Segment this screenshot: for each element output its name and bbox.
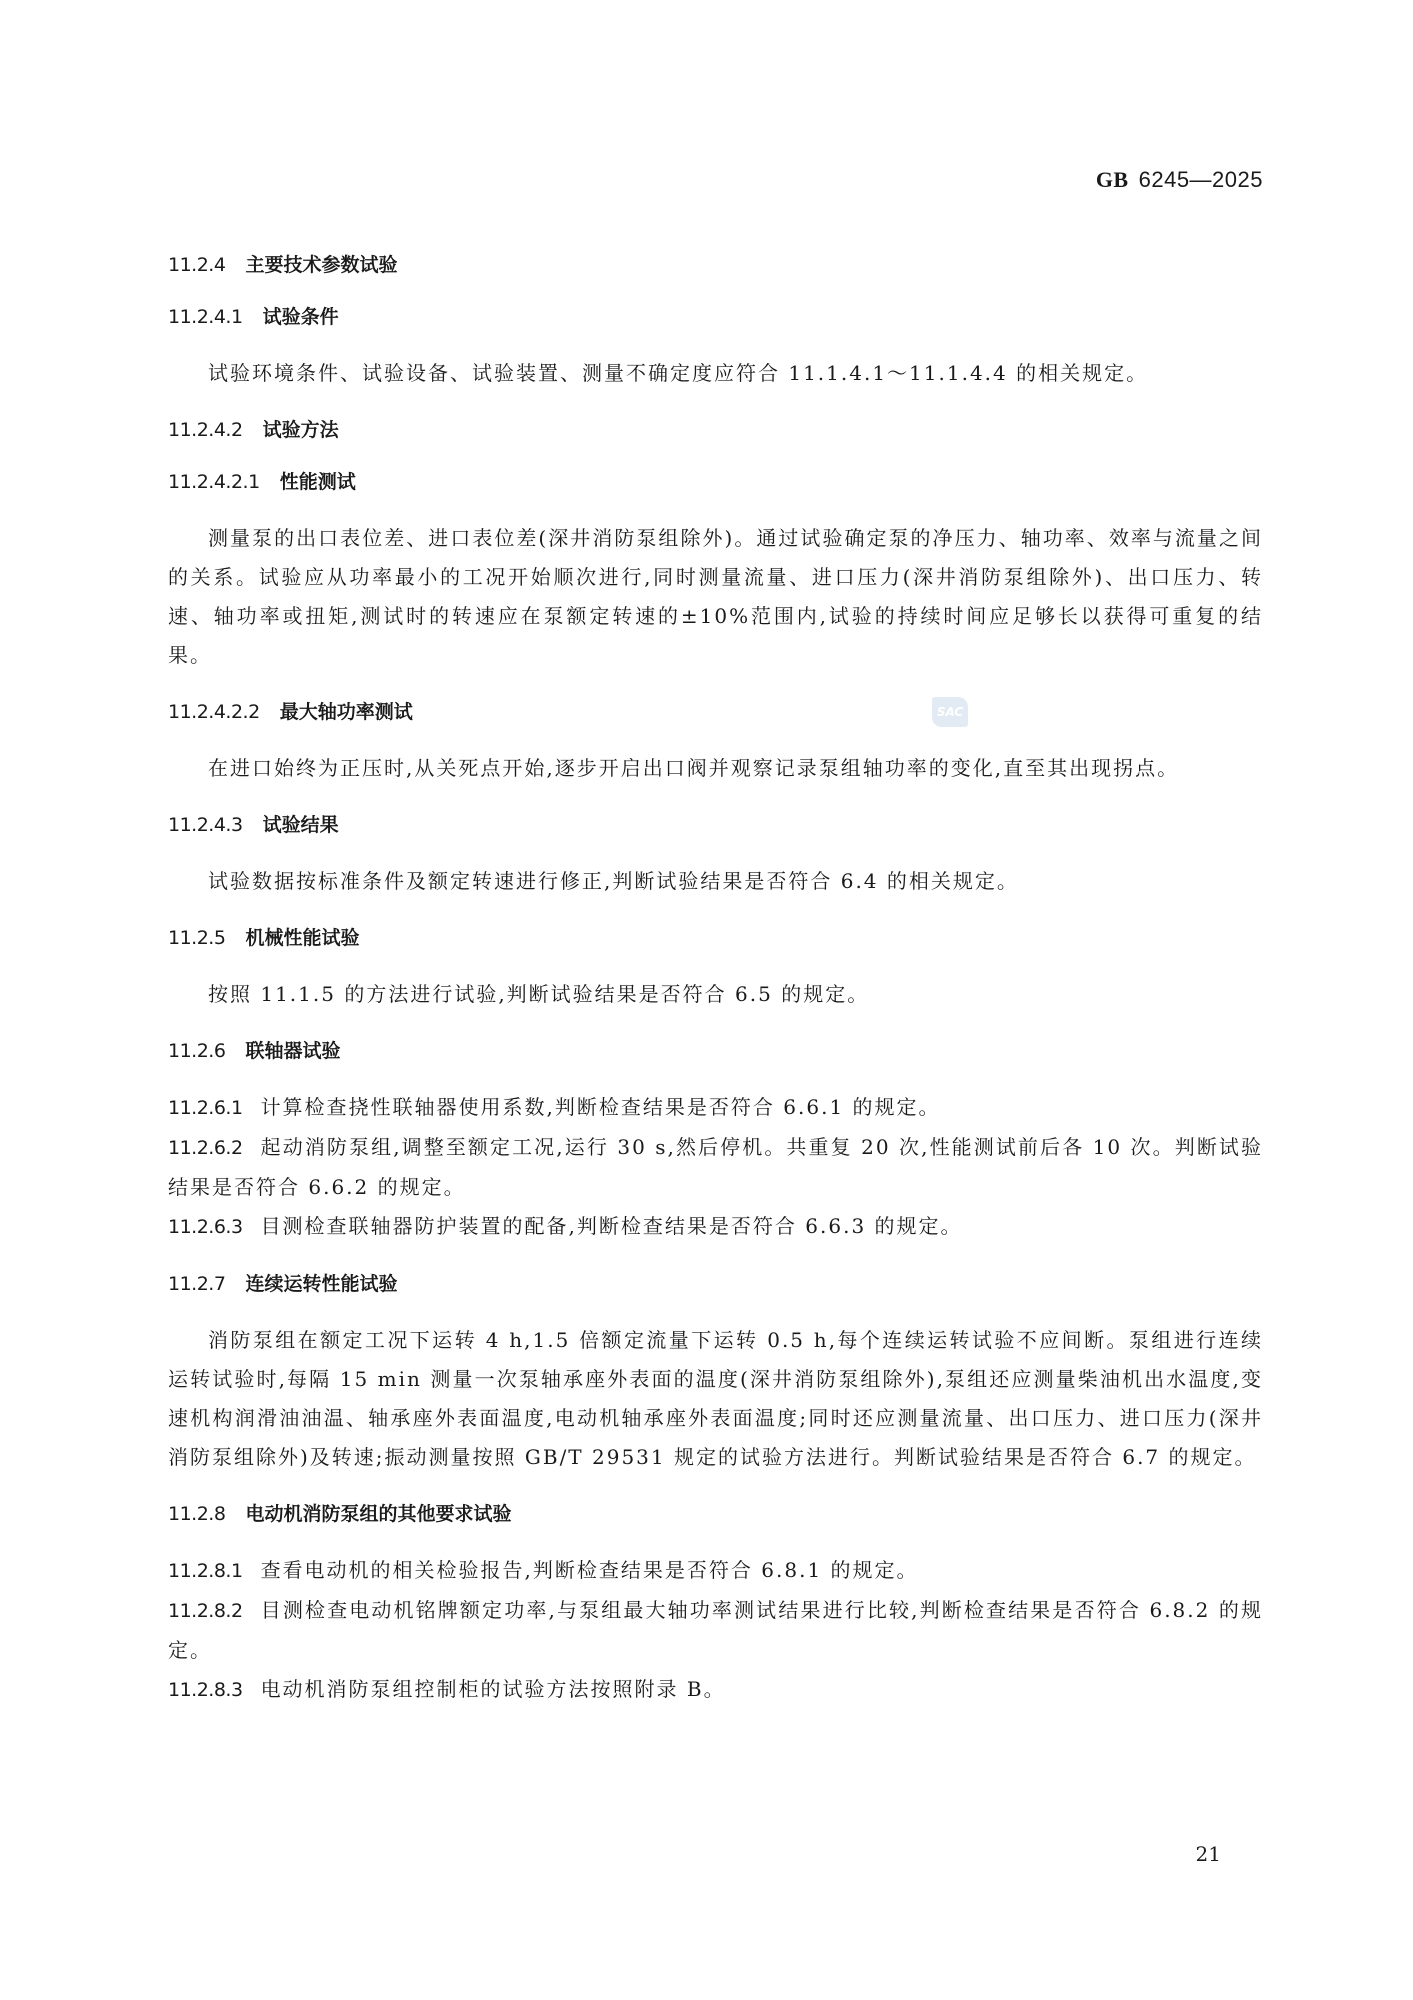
- clause-11-2-8-2: 11.2.8.2目测检查电动机铭牌额定功率,与泵组最大轴功率测试结果进行比较,判…: [168, 1591, 1263, 1670]
- heading-11-2-4: 11.2.4主要技术参数试验: [168, 250, 1263, 280]
- paragraph-11-2-4-3: 试验数据按标准条件及额定转速进行修正,判断试验结果是否符合 6.4 的相关规定。: [168, 862, 1263, 901]
- heading-11-2-6: 11.2.6联轴器试验: [168, 1036, 1263, 1066]
- heading-11-2-8: 11.2.8电动机消防泵组的其他要求试验: [168, 1499, 1263, 1529]
- paragraph-11-2-5: 按照 11.1.5 的方法进行试验,判断试验结果是否符合 6.5 的规定。: [168, 975, 1263, 1014]
- paragraph-11-2-4-1: 试验环境条件、试验设备、试验装置、测量不确定度应符合 11.1.4.1～11.1…: [168, 354, 1263, 393]
- heading-11-2-4-2: 11.2.4.2试验方法: [168, 415, 1263, 445]
- paragraph-11-2-4-2-1: 测量泵的出口表位差、进口表位差(深井消防泵组除外)。通过试验确定泵的净压力、轴功…: [168, 519, 1263, 675]
- page-number: 21: [1196, 1842, 1221, 1866]
- heading-11-2-4-2-1: 11.2.4.2.1性能测试: [168, 467, 1263, 497]
- heading-11-2-4-3: 11.2.4.3试验结果: [168, 810, 1263, 840]
- heading-11-2-7: 11.2.7连续运转性能试验: [168, 1269, 1263, 1299]
- standard-code: GB6245—2025: [1096, 167, 1263, 193]
- document-page: GB6245—2025 SAC 11.2.4主要技术参数试验 11.2.4.1试…: [0, 0, 1413, 2000]
- heading-11-2-4-2-2: 11.2.4.2.2最大轴功率测试: [168, 697, 1263, 727]
- paragraph-11-2-7: 消防泵组在额定工况下运转 4 h,1.5 倍额定流量下运转 0.5 h,每个连续…: [168, 1321, 1263, 1477]
- clause-11-2-8-3: 11.2.8.3电动机消防泵组控制柜的试验方法按照附录 B。: [168, 1670, 1263, 1710]
- heading-11-2-4-1: 11.2.4.1试验条件: [168, 302, 1263, 332]
- heading-11-2-5: 11.2.5机械性能试验: [168, 923, 1263, 953]
- standard-number: 6245—2025: [1139, 167, 1263, 192]
- clause-11-2-6-1: 11.2.6.1计算检查挠性联轴器使用系数,判断检查结果是否符合 6.6.1 的…: [168, 1088, 1263, 1128]
- paragraph-11-2-4-2-2: 在进口始终为正压时,从关死点开始,逐步开启出口阀并观察记录泵组轴功率的变化,直至…: [168, 749, 1263, 788]
- clause-11-2-6-2: 11.2.6.2起动消防泵组,调整至额定工况,运行 30 s,然后停机。共重复 …: [168, 1128, 1263, 1207]
- document-body: 11.2.4主要技术参数试验 11.2.4.1试验条件 试验环境条件、试验设备、…: [168, 250, 1263, 1710]
- standard-prefix: GB: [1096, 167, 1129, 192]
- clause-11-2-8-1: 11.2.8.1查看电动机的相关检验报告,判断检查结果是否符合 6.8.1 的规…: [168, 1551, 1263, 1591]
- clause-11-2-6-3: 11.2.6.3目测检查联轴器防护装置的配备,判断检查结果是否符合 6.6.3 …: [168, 1207, 1263, 1247]
